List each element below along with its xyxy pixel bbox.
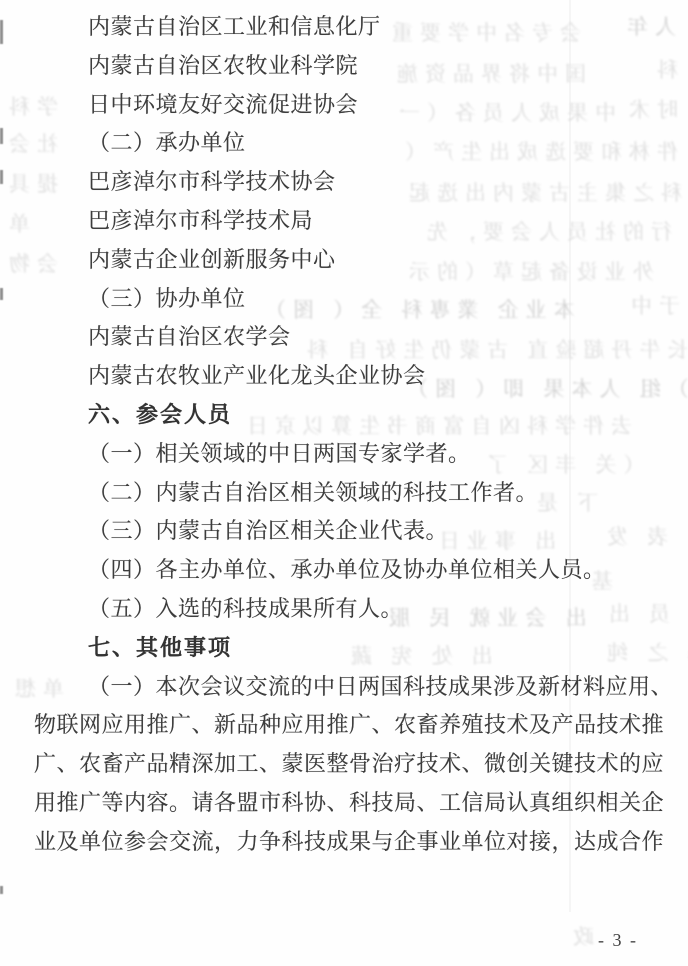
document-line: 巴彦淖尔市科学技术协会 [34,163,664,202]
scanned-document-page: 会专名中学要重人年国中将界品资施科学科中果成人员各（一时术件林和要选成出生产（社… [0,0,688,966]
document-body: 内蒙古自治区工业和信息化厅内蒙古自治区农牧业科学院日中环境友好交流促进协会（二）… [34,8,664,862]
document-line: 内蒙古农牧业产业化龙头企业协会 [34,357,664,396]
document-line: （一）本次会议交流的中日两国科技成果涉及新材料应用、 [34,668,664,707]
document-line: 广、农畜产品精深加工、蒙医整骨治疗技术、微创关键技术的应 [34,745,664,784]
page-number: - 3 - [598,930,638,951]
document-line: （四）各主办单位、承办单位及协办单位相关人员。 [34,551,664,590]
scan-edge-artifact [0,886,3,894]
document-line: 内蒙古自治区工业和信息化厅 [34,8,664,47]
document-line: 业及单位参会交流，力争科技成果与企事业单位对接，达成合作 [34,823,664,862]
section-heading: 七、其他事项 [34,629,664,668]
document-line: （三）内蒙古自治区相关企业代表。 [34,512,664,551]
document-line: 物联网应用推广、新品种应用推广、农畜养殖技术及产品技术推 [34,706,664,745]
document-line: （三）协办单位 [34,280,664,319]
document-line: 内蒙古自治区农学会 [34,318,664,357]
scan-edge-artifact [0,288,3,300]
document-line: （二）内蒙古自治区相关领域的科技工作者。 [34,474,664,513]
bleedthrough-fragment: 单 [2,211,30,237]
document-line: 内蒙古自治区农牧业科学院 [34,47,664,86]
document-line: 用推广等内容。请各盟市科协、科技局、工信局认真组织相关企 [34,784,664,823]
document-line: 日中环境友好交流促进协会 [34,86,664,125]
document-line: 巴彦淖尔市科学技术局 [34,202,664,241]
document-line: 内蒙古企业创新服务中心 [34,241,664,280]
document-line: （五）入选的科技成果所有人。 [34,590,664,629]
document-line: （二）承办单位 [34,124,664,163]
scan-edge-artifact [0,20,3,44]
scan-edge-artifact [0,128,3,144]
bleedthrough-fragment: 政 [566,924,594,950]
section-heading: 六、参会人员 [34,396,664,435]
document-line: （一）相关领域的中日两国专家学者。 [34,435,664,474]
scan-edge-artifact [0,170,3,184]
